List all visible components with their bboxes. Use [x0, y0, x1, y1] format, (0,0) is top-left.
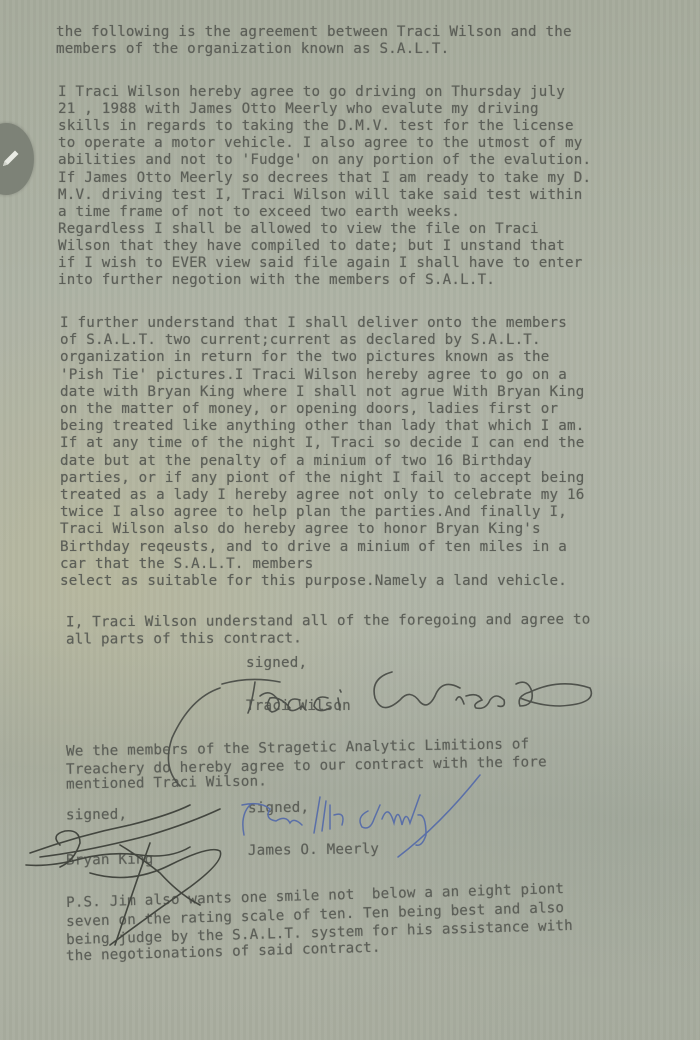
paragraph-line: 'Pish Tie' pictures.I Traci Wilson hereb… [60, 367, 567, 383]
paragraph-line: If James Otto Meerly so decrees that I a… [58, 170, 591, 186]
signatory-name: Bryan King [66, 851, 154, 868]
paragraph-line: I further understand that I shall delive… [60, 315, 567, 331]
paragraph-line: I, Traci Wilson understand all of the fo… [66, 612, 591, 631]
paragraph-line: all parts of this contract. [66, 630, 302, 647]
document-heading-line: members of the organization known as S.A… [56, 41, 449, 57]
paragraph-line: select as suitable for this purpose.Name… [60, 573, 567, 589]
pencil-icon [0, 147, 22, 169]
paragraph-line: parties, or if any piont of the night I … [60, 470, 585, 486]
paragraph-line: twice I also agree to help plan the part… [60, 504, 567, 520]
paragraph-line: 21 , 1988 with James Otto Meerly who eva… [58, 101, 539, 117]
paragraph-line: abilities and not to 'Fudge' on any port… [58, 152, 591, 168]
paragraph-line: to operate a motor vehicle. I also agree… [58, 135, 583, 151]
document-heading-line: the following is the agreement between T… [56, 24, 572, 40]
paragraph-line: Wilson that they have compiled to date; … [58, 238, 565, 254]
paragraph-line: a time frame of not to exceed two earth … [58, 204, 460, 220]
paragraph-line: into further negotion with the members o… [58, 272, 495, 288]
signature-label: signed, [66, 807, 127, 824]
paragraph-line: date with Bryan King where I shall not a… [60, 384, 585, 400]
paragraph-line: of S.A.L.T. two current;current as decla… [60, 332, 541, 348]
paragraph-line: treated as a lady I hereby agree not onl… [60, 487, 585, 503]
paragraph-line: M.V. driving test I, Traci Wilson will t… [58, 187, 583, 203]
paragraph-line: on the matter of money, or opening doors… [60, 401, 558, 417]
paragraph-line: I Traci Wilson hereby agree to go drivin… [58, 84, 565, 100]
paragraph-line: Traci Wilson also do hereby agree to hon… [60, 521, 541, 537]
signature-label: signed, [248, 800, 309, 817]
paragraph-line: Birthday reqeusts, and to drive a minium… [60, 539, 567, 555]
paragraph-line: being treated like anything other than l… [60, 418, 585, 434]
paragraph-line: date but at the penalty of a minium of t… [60, 453, 532, 469]
paragraph-line: if I wish to EVER view said file again I… [58, 255, 583, 271]
paragraph-line: organization in return for the two pictu… [60, 349, 550, 365]
signatory-name: Traci Wilson [246, 698, 351, 714]
paragraph-line: car that the S.A.L.T. members [60, 556, 314, 572]
paragraph-line: skills in regards to taking the D.M.V. t… [58, 118, 574, 134]
paragraph-line: If at any time of the night I, Traci so … [60, 435, 585, 451]
signature-label: signed, [246, 655, 307, 671]
paragraph-line: Regardless I shall be allowed to view th… [58, 221, 539, 237]
signatory-name: James O. Meerly [248, 841, 379, 859]
paragraph-line: mentioned Traci Wilson. [66, 773, 267, 792]
